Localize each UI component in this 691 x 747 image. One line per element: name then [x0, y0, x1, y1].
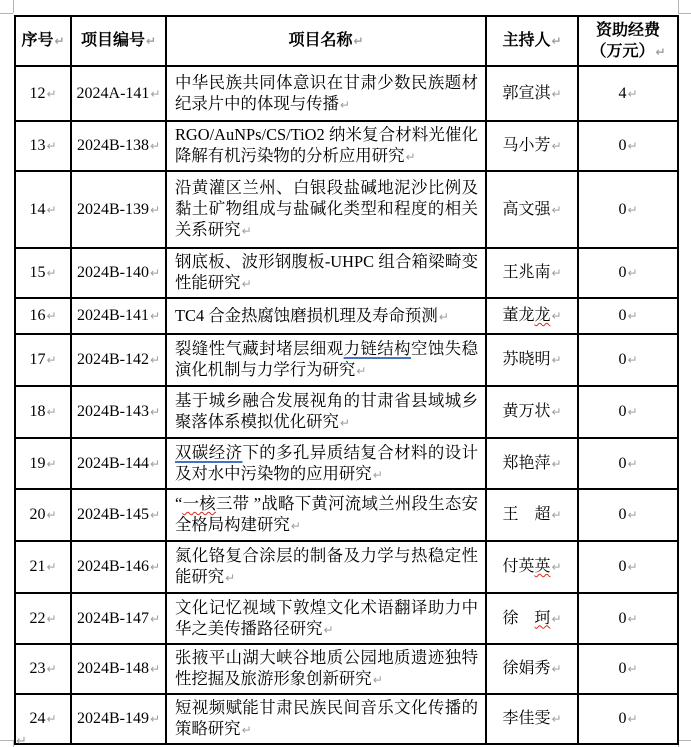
paragraph-mark: ↵ [224, 571, 235, 585]
column-header-leader[interactable]: 主持人↵ [486, 16, 578, 66]
paragraph-mark: ↵ [438, 310, 449, 324]
paragraph-mark: ↵ [550, 266, 561, 280]
column-header-funding-line2: （万元） [590, 43, 654, 60]
paragraph-mark: ↵ [149, 87, 160, 101]
column-header-funding-line1: 资助经费 [583, 20, 673, 41]
funding-cell[interactable]: 0↵ [578, 386, 678, 438]
margin-crop-mark-top-left-horizontal [0, 13, 13, 14]
paragraph-mark: ↵ [550, 34, 561, 48]
paragraph-mark: ↵ [45, 203, 56, 217]
text-segment-spell-squiggle: 龙 [534, 307, 550, 324]
project-name-cell[interactable]: 裂缝性气藏封堵层细观力链结构空蚀失稳演化机制与力学行为研究↵ [166, 334, 486, 386]
text-segment: 沿黄灌区兰州、白银段盐碱地泥沙比例及黏土矿物组成与盐碱化类型和程度的相关关系研究 [175, 178, 478, 239]
text-segment-grammar-underline: 力链结构 [344, 339, 411, 358]
text-segment: 氮化铬复合涂层的制备及力学与热稳定性能研究 [175, 546, 478, 586]
project-code-cell[interactable]: 2024B-142↵ [71, 334, 166, 386]
project-name-cell[interactable]: 沿黄灌区兰州、白银段盐碱地泥沙比例及黏土矿物组成与盐碱化类型和程度的相关关系研究… [166, 171, 486, 248]
project-code: 2024B-139 [77, 201, 149, 218]
column-header-project-name-label: 项目名称 [288, 32, 352, 49]
funding-cell[interactable]: 0↵ [578, 248, 678, 298]
paragraph-mark: ↵ [149, 457, 160, 471]
paragraph-mark: ↵ [654, 45, 665, 59]
serial-number: 16 [29, 307, 45, 324]
serial-cell[interactable]: 22↵ [15, 593, 71, 644]
paragraph-mark: ↵ [149, 266, 160, 280]
header-row: 序号↵ 项目编号↵ 项目名称↵ 主持人↵ 资助经费 （万元）↵ [15, 16, 678, 66]
leader-cell[interactable]: 王 超↵ [486, 489, 578, 541]
leader-cell[interactable]: 李佳雯↵ [486, 694, 578, 744]
text-segment: 李佳雯 [502, 710, 550, 727]
text-segment: TC4 合金热腐蚀磨损机理及寿命预测 [175, 306, 438, 325]
paragraph-mark: ↵ [339, 98, 350, 112]
serial-number: 19 [29, 455, 45, 472]
paragraph-mark: ↵ [149, 203, 160, 217]
paragraph-mark: ↵ [626, 662, 637, 676]
paragraph-mark: ↵ [149, 612, 160, 626]
column-header-project-code[interactable]: 项目编号↵ [71, 16, 166, 66]
funding-cell[interactable]: 0↵ [578, 298, 678, 334]
table-row: 23↵2024B-148↵张掖平山湖大峡谷地质公园地质遗迹独特性挖掘及旅游形象创… [15, 644, 678, 694]
projects-table[interactable]: 序号↵ 项目编号↵ 项目名称↵ 主持人↵ 资助经费 （万元）↵ 12↵2024A… [14, 15, 679, 745]
funding-cell[interactable]: 0↵ [578, 438, 678, 489]
paragraph-mark: ↵ [550, 508, 561, 522]
leader-cell[interactable]: 董龙龙↵ [486, 298, 578, 334]
paragraph-mark: ↵ [45, 309, 56, 323]
text-segment: 钢底板、波形钢腹板-UHPC 组合箱梁畸变性能研究 [175, 252, 478, 292]
project-code-cell[interactable]: 2024B-140↵ [71, 248, 166, 298]
serial-number: 22 [29, 610, 45, 627]
serial-number: 17 [29, 351, 45, 368]
leader-cell[interactable]: 高文强↵ [486, 171, 578, 248]
text-segment: 短视频赋能甘肃民族民间音乐文化传播的策略研究 [175, 698, 478, 738]
paragraph-mark: ↵ [45, 353, 56, 367]
paragraph-mark: ↵ [626, 353, 637, 367]
margin-crop-mark-top-right-horizontal [678, 13, 691, 14]
paragraph-mark: ↵ [352, 34, 363, 48]
project-code-cell[interactable]: 2024B-143↵ [71, 386, 166, 438]
funding-cell[interactable]: 0↵ [578, 334, 678, 386]
text-segment-spell-squiggle: 英 [534, 558, 550, 575]
table-row: 12↵2024A-141↵中华民族共同体意识在甘肃少数民族题材纪录片中的体现与传… [15, 66, 678, 121]
table-row: 19↵2024B-144↵双碳经济下的多孔异质结复合材料的设计及对水中污染物的应… [15, 438, 678, 489]
serial-number: 20 [29, 506, 45, 523]
leader-cell[interactable]: 黄万状↵ [486, 386, 578, 438]
project-code: 2024B-149 [77, 710, 149, 727]
serial-number: 14 [29, 201, 45, 218]
paragraph-mark: ↵ [241, 224, 252, 238]
paragraph-mark: ↵ [626, 87, 637, 101]
paragraph-mark: ↵ [45, 266, 56, 280]
text-segment: 付英 [502, 558, 534, 575]
serial-cell[interactable]: 16↵ [15, 298, 71, 334]
paragraph-mark: ↵ [290, 519, 301, 533]
paragraph-mark: ↵ [626, 560, 637, 574]
project-code: 2024B-140 [77, 264, 149, 281]
paragraph-mark: ↵ [550, 662, 561, 676]
paragraph-mark-after-table: ↵ [16, 734, 27, 747]
text-segment: 徐娟秀 [502, 660, 550, 677]
paragraph-mark: ↵ [149, 353, 160, 367]
project-code: 2024B-144 [77, 455, 149, 472]
serial-cell[interactable]: 21↵ [15, 541, 71, 593]
margin-crop-mark-bottom-left-horizontal [0, 740, 13, 741]
project-name-cell[interactable]: 氮化铬复合涂层的制备及力学与热稳定性能研究↵ [166, 541, 486, 593]
project-code-cell[interactable]: 2024B-138↵ [71, 121, 166, 171]
project-code-cell[interactable]: 2024B-147↵ [71, 593, 166, 644]
paragraph-mark: ↵ [404, 150, 415, 164]
project-code-cell[interactable]: 2024B-144↵ [71, 438, 166, 489]
project-code-cell[interactable]: 2024A-141↵ [71, 66, 166, 121]
text-segment: 王兆南 [502, 264, 550, 281]
text-segment: 高文强 [502, 201, 550, 218]
serial-cell[interactable]: 18↵ [15, 386, 71, 438]
paragraph-mark: ↵ [149, 139, 160, 153]
text-segment: 董龙 [502, 307, 534, 324]
table-row: 21↵2024B-146↵氮化铬复合涂层的制备及力学与热稳定性能研究↵付英英↵0… [15, 541, 678, 593]
project-name-cell[interactable]: 张掖平山湖大峡谷地质公园地质遗迹独特性挖掘及旅游形象创新研究↵ [166, 644, 486, 694]
paragraph-mark: ↵ [626, 457, 637, 471]
project-code-cell[interactable]: 2024B-146↵ [71, 541, 166, 593]
leader-cell[interactable]: 苏晓明↵ [486, 334, 578, 386]
column-header-serial[interactable]: 序号↵ [15, 16, 71, 66]
paragraph-mark: ↵ [45, 405, 56, 419]
paragraph-mark: ↵ [45, 87, 56, 101]
text-segment: 中华民族共同体意识在甘肃少数民族题材纪录片中的体现与传播 [175, 73, 478, 113]
table-row: 20↵2024B-145↵“一核三带 ”战略下黄河流域兰州段生态安全格局构建研究… [15, 489, 678, 541]
paragraph-mark: ↵ [550, 139, 561, 153]
table-row: 15↵2024B-140↵钢底板、波形钢腹板-UHPC 组合箱梁畸变性能研究↵王… [15, 248, 678, 298]
project-name-cell[interactable]: TC4 合金热腐蚀磨损机理及寿命预测↵ [166, 298, 486, 334]
column-header-funding[interactable]: 资助经费 （万元）↵ [578, 16, 678, 66]
paragraph-mark: ↵ [149, 662, 160, 676]
project-code-cell[interactable]: 2024B-141↵ [71, 298, 166, 334]
paragraph-mark: ↵ [149, 712, 160, 726]
funding-cell[interactable]: 0↵ [578, 121, 678, 171]
paragraph-mark: ↵ [626, 712, 637, 726]
funding-cell[interactable]: 4↵ [578, 66, 678, 121]
margin-crop-mark-bottom-right-horizontal [678, 740, 691, 741]
project-name-cell[interactable]: 文化记忆视域下敦煌文化术语翻译助力中华之美传播路径研究↵ [166, 593, 486, 644]
project-code: 2024B-138 [77, 137, 149, 154]
project-code: 2024A-141 [77, 85, 150, 102]
paragraph-mark: ↵ [45, 612, 56, 626]
margin-crop-mark-top-right-vertical [678, 0, 679, 13]
serial-number: 13 [29, 137, 45, 154]
paragraph-mark: ↵ [355, 364, 366, 378]
serial-number: 21 [29, 558, 45, 575]
paragraph-mark: ↵ [626, 266, 637, 280]
project-name-cell[interactable]: 基于城乡融合发展视角的甘肃省县域城乡聚落体系模拟优化研究↵ [166, 386, 486, 438]
serial-cell[interactable]: 20↵ [15, 489, 71, 541]
text-segment-grammar-underline: 双碳经济 [175, 443, 242, 462]
paragraph-mark: ↵ [45, 712, 56, 726]
column-header-leader-label: 主持人 [502, 32, 550, 49]
funding-cell[interactable]: 0↵ [578, 593, 678, 644]
paragraph-mark: ↵ [149, 405, 160, 419]
text-segment: 三带 ”战略下黄河流域兰州段生态安全格局构建研究 [175, 494, 478, 534]
serial-cell[interactable]: 15↵ [15, 248, 71, 298]
project-code: 2024B-142 [77, 351, 149, 368]
paragraph-mark: ↵ [323, 623, 334, 637]
paragraph-mark: ↵ [45, 508, 56, 522]
paragraph-mark: ↵ [550, 353, 561, 367]
paragraph-mark: ↵ [550, 560, 561, 574]
serial-cell[interactable]: 12↵ [15, 66, 71, 121]
serial-cell[interactable]: 17↵ [15, 334, 71, 386]
paragraph-mark: ↵ [149, 560, 160, 574]
paragraph-mark: ↵ [372, 673, 383, 687]
funding-cell[interactable]: 0↵ [578, 171, 678, 248]
paragraph-mark: ↵ [626, 309, 637, 323]
paragraph-mark: ↵ [45, 457, 56, 471]
text-segment-spell-squiggle: 珂 [534, 610, 550, 627]
paragraph-mark: ↵ [53, 34, 64, 48]
serial-number: 24 [29, 710, 45, 727]
paragraph-mark: ↵ [550, 405, 561, 419]
document-page[interactable]: 序号↵ 项目编号↵ 项目名称↵ 主持人↵ 资助经费 （万元）↵ 12↵2024A… [0, 0, 691, 747]
serial-cell[interactable]: 14↵ [15, 171, 71, 248]
text-segment: 马小芳 [502, 137, 550, 154]
project-name-cell[interactable]: “一核三带 ”战略下黄河流域兰州段生态安全格局构建研究↵ [166, 489, 486, 541]
table-row: 13↵2024B-138↵RGO/AuNPs/CS/TiO2 纳米复合材料光催化… [15, 121, 678, 171]
paragraph-mark: ↵ [550, 612, 561, 626]
paragraph-mark: ↵ [149, 508, 160, 522]
project-name-cell[interactable]: 短视频赋能甘肃民族民间音乐文化传播的策略研究↵ [166, 694, 486, 744]
project-code: 2024B-147 [77, 610, 149, 627]
table-row: 24↵2024B-149↵短视频赋能甘肃民族民间音乐文化传播的策略研究↵李佳雯↵… [15, 694, 678, 744]
table-row: 16↵2024B-141↵TC4 合金热腐蚀磨损机理及寿命预测↵董龙龙↵0↵ [15, 298, 678, 334]
paragraph-mark: ↵ [626, 405, 637, 419]
paragraph-mark: ↵ [241, 277, 252, 291]
text-segment: 郑艳萍 [502, 455, 550, 472]
text-segment: 黄万状 [502, 403, 550, 420]
table-row: 18↵2024B-143↵基于城乡融合发展视角的甘肃省县域城乡聚落体系模拟优化研… [15, 386, 678, 438]
project-code-cell[interactable]: 2024B-149↵ [71, 694, 166, 744]
project-code-cell[interactable]: 2024B-139↵ [71, 171, 166, 248]
text-segment: 基于城乡融合发展视角的甘肃省县域城乡聚落体系模拟优化研究 [175, 391, 478, 431]
text-segment: RGO/AuNPs/CS/TiO2 纳米复合材料光催化降解有机污染物的分析应用研… [175, 125, 478, 165]
table-row: 22↵2024B-147↵文化记忆视域下敦煌文化术语翻译助力中华之美传播路径研究… [15, 593, 678, 644]
project-code: 2024B-146 [77, 558, 149, 575]
text-segment: 张掖平山湖大峡谷地质公园地质遗迹独特性挖掘及旅游形象创新研究 [175, 648, 478, 688]
serial-cell[interactable]: 13↵ [15, 121, 71, 171]
serial-number: 23 [29, 660, 45, 677]
project-name-cell[interactable]: 钢底板、波形钢腹板-UHPC 组合箱梁畸变性能研究↵ [166, 248, 486, 298]
table-row: 17↵2024B-142↵裂缝性气藏封堵层细观力链结构空蚀失稳演化机制与力学行为… [15, 334, 678, 386]
project-code: 2024B-141 [77, 307, 149, 324]
funding-cell[interactable]: 0↵ [578, 489, 678, 541]
text-segment: 苏晓明 [502, 351, 550, 368]
text-segment: 王 超 [502, 506, 550, 523]
serial-cell[interactable]: 19↵ [15, 438, 71, 489]
serial-number: 12 [29, 85, 45, 102]
paragraph-mark: ↵ [241, 723, 252, 737]
paragraph-mark: ↵ [550, 457, 561, 471]
leader-cell[interactable]: 付英英↵ [486, 541, 578, 593]
leader-cell[interactable]: 郭宣淇↵ [486, 66, 578, 121]
serial-cell[interactable]: 23↵ [15, 644, 71, 694]
table-row: 14↵2024B-139↵沿黄灌区兰州、白银段盐碱地泥沙比例及黏土矿物组成与盐碱… [15, 171, 678, 248]
margin-crop-mark-top-left-vertical [13, 0, 14, 13]
leader-cell[interactable]: 徐 珂↵ [486, 593, 578, 644]
project-name-cell[interactable]: 双碳经济下的多孔异质结复合材料的设计及对水中污染物的应用研究↵ [166, 438, 486, 489]
paragraph-mark: ↵ [550, 87, 561, 101]
paragraph-mark: ↵ [626, 203, 637, 217]
leader-cell[interactable]: 郑艳萍↵ [486, 438, 578, 489]
leader-cell[interactable]: 王兆南↵ [486, 248, 578, 298]
table-body: 12↵2024A-141↵中华民族共同体意识在甘肃少数民族题材纪录片中的体现与传… [15, 66, 678, 744]
column-header-project-code-label: 项目编号 [81, 32, 145, 49]
project-name-cell[interactable]: RGO/AuNPs/CS/TiO2 纳米复合材料光催化降解有机污染物的分析应用研… [166, 121, 486, 171]
serial-number: 18 [29, 403, 45, 420]
leader-cell[interactable]: 马小芳↵ [486, 121, 578, 171]
text-segment: 裂缝性气藏封堵层细观 [175, 339, 344, 358]
text-segment: 徐 [502, 610, 534, 627]
paragraph-mark: ↵ [372, 468, 383, 482]
paragraph-mark: ↵ [626, 139, 637, 153]
paragraph-mark: ↵ [550, 203, 561, 217]
leader-cell[interactable]: 徐娟秀↵ [486, 644, 578, 694]
paragraph-mark: ↵ [550, 309, 561, 323]
project-code-cell[interactable]: 2024B-148↵ [71, 644, 166, 694]
column-header-project-name[interactable]: 项目名称↵ [166, 16, 486, 66]
project-code: 2024B-145 [77, 506, 149, 523]
paragraph-mark: ↵ [626, 612, 637, 626]
paragraph-mark: ↵ [339, 416, 350, 430]
paragraph-mark: ↵ [550, 712, 561, 726]
paragraph-mark: ↵ [45, 662, 56, 676]
column-header-serial-label: 序号 [21, 32, 53, 49]
project-code-cell[interactable]: 2024B-145↵ [71, 489, 166, 541]
funding-cell[interactable]: 0↵ [578, 541, 678, 593]
text-segment-spell-squiggle: 一核 [182, 494, 216, 513]
funding-cell[interactable]: 0↵ [578, 644, 678, 694]
project-code: 2024B-143 [77, 403, 149, 420]
funding-cell[interactable]: 0↵ [578, 694, 678, 744]
text-segment: 郭宣淇 [502, 85, 550, 102]
serial-number: 15 [29, 264, 45, 281]
paragraph-mark: ↵ [45, 139, 56, 153]
paragraph-mark: ↵ [149, 309, 160, 323]
paragraph-mark: ↵ [45, 560, 56, 574]
paragraph-mark: ↵ [145, 34, 156, 48]
project-code: 2024B-148 [77, 660, 149, 677]
paragraph-mark: ↵ [626, 508, 637, 522]
project-name-cell[interactable]: 中华民族共同体意识在甘肃少数民族题材纪录片中的体现与传播↵ [166, 66, 486, 121]
